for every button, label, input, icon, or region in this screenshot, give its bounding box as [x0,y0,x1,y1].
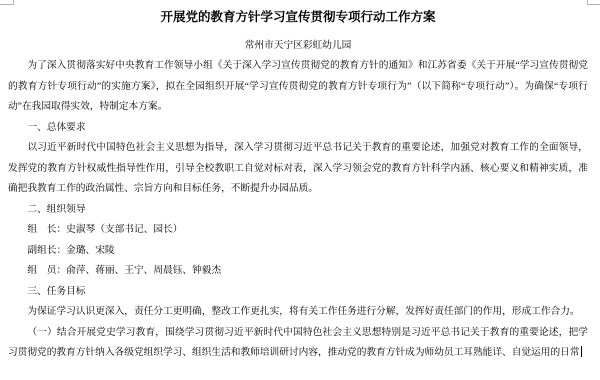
paragraph-item-one-text: （一）结合开展党史学习教育，围绕学习贯彻习近平新时代中国特色社会主义思想特别是习… [8,327,588,359]
document-edit-area[interactable]: 开展党的教育方针学习宣传贯彻专项行动工作方案 常州市天宁区彩虹幼儿园 为了深入贯… [0,0,600,364]
paragraph-task-objectives[interactable]: 为保证学习认识更深入，责任分工更明确，整改工作更扎实，将有关工作任务进行分解，发… [8,302,588,323]
list-line-members[interactable]: 组 员：俞萍、蒋丽、王宁、周晨钰、钟毅杰 [8,261,588,282]
page-corner-mark-top-right [587,0,600,5]
document-subtitle[interactable]: 常州市天宁区彩虹幼儿园 [8,36,588,56]
document-title[interactable]: 开展党的教育方针学习宣传贯彻专项行动工作方案 [8,6,588,28]
paragraph-overall-requirements[interactable]: 以习近平新时代中国特色社会主义思想为指导，深入学习贯彻习近平总书记关于教育的重要… [8,138,588,200]
paragraph-intro[interactable]: 为了深入贯彻落实好中央教育工作领导小组《关于深入学习宣传贯彻党的教育方针的通知》… [8,56,588,118]
heading-organization-leadership[interactable]: 二、组织领导 [8,200,588,221]
list-line-deputy-leaders[interactable]: 副组长：金璐、宋陵 [8,241,588,262]
text-cursor [581,346,582,357]
document-page[interactable]: 开展党的教育方针学习宣传贯彻专项行动工作方案 常州市天宁区彩虹幼儿园 为了深入贯… [0,0,600,380]
list-line-group-leader[interactable]: 组 长：史淑琴（支部书记、园长） [8,220,588,241]
paragraph-item-one[interactable]: （一）结合开展党史学习教育，围绕学习贯彻习近平新时代中国特色社会主义思想特别是习… [8,323,588,364]
heading-task-objectives[interactable]: 三、任务目标 [8,282,588,303]
heading-overall-requirements[interactable]: 一、总体要求 [8,118,588,139]
page-corner-mark-top-left [0,0,14,5]
